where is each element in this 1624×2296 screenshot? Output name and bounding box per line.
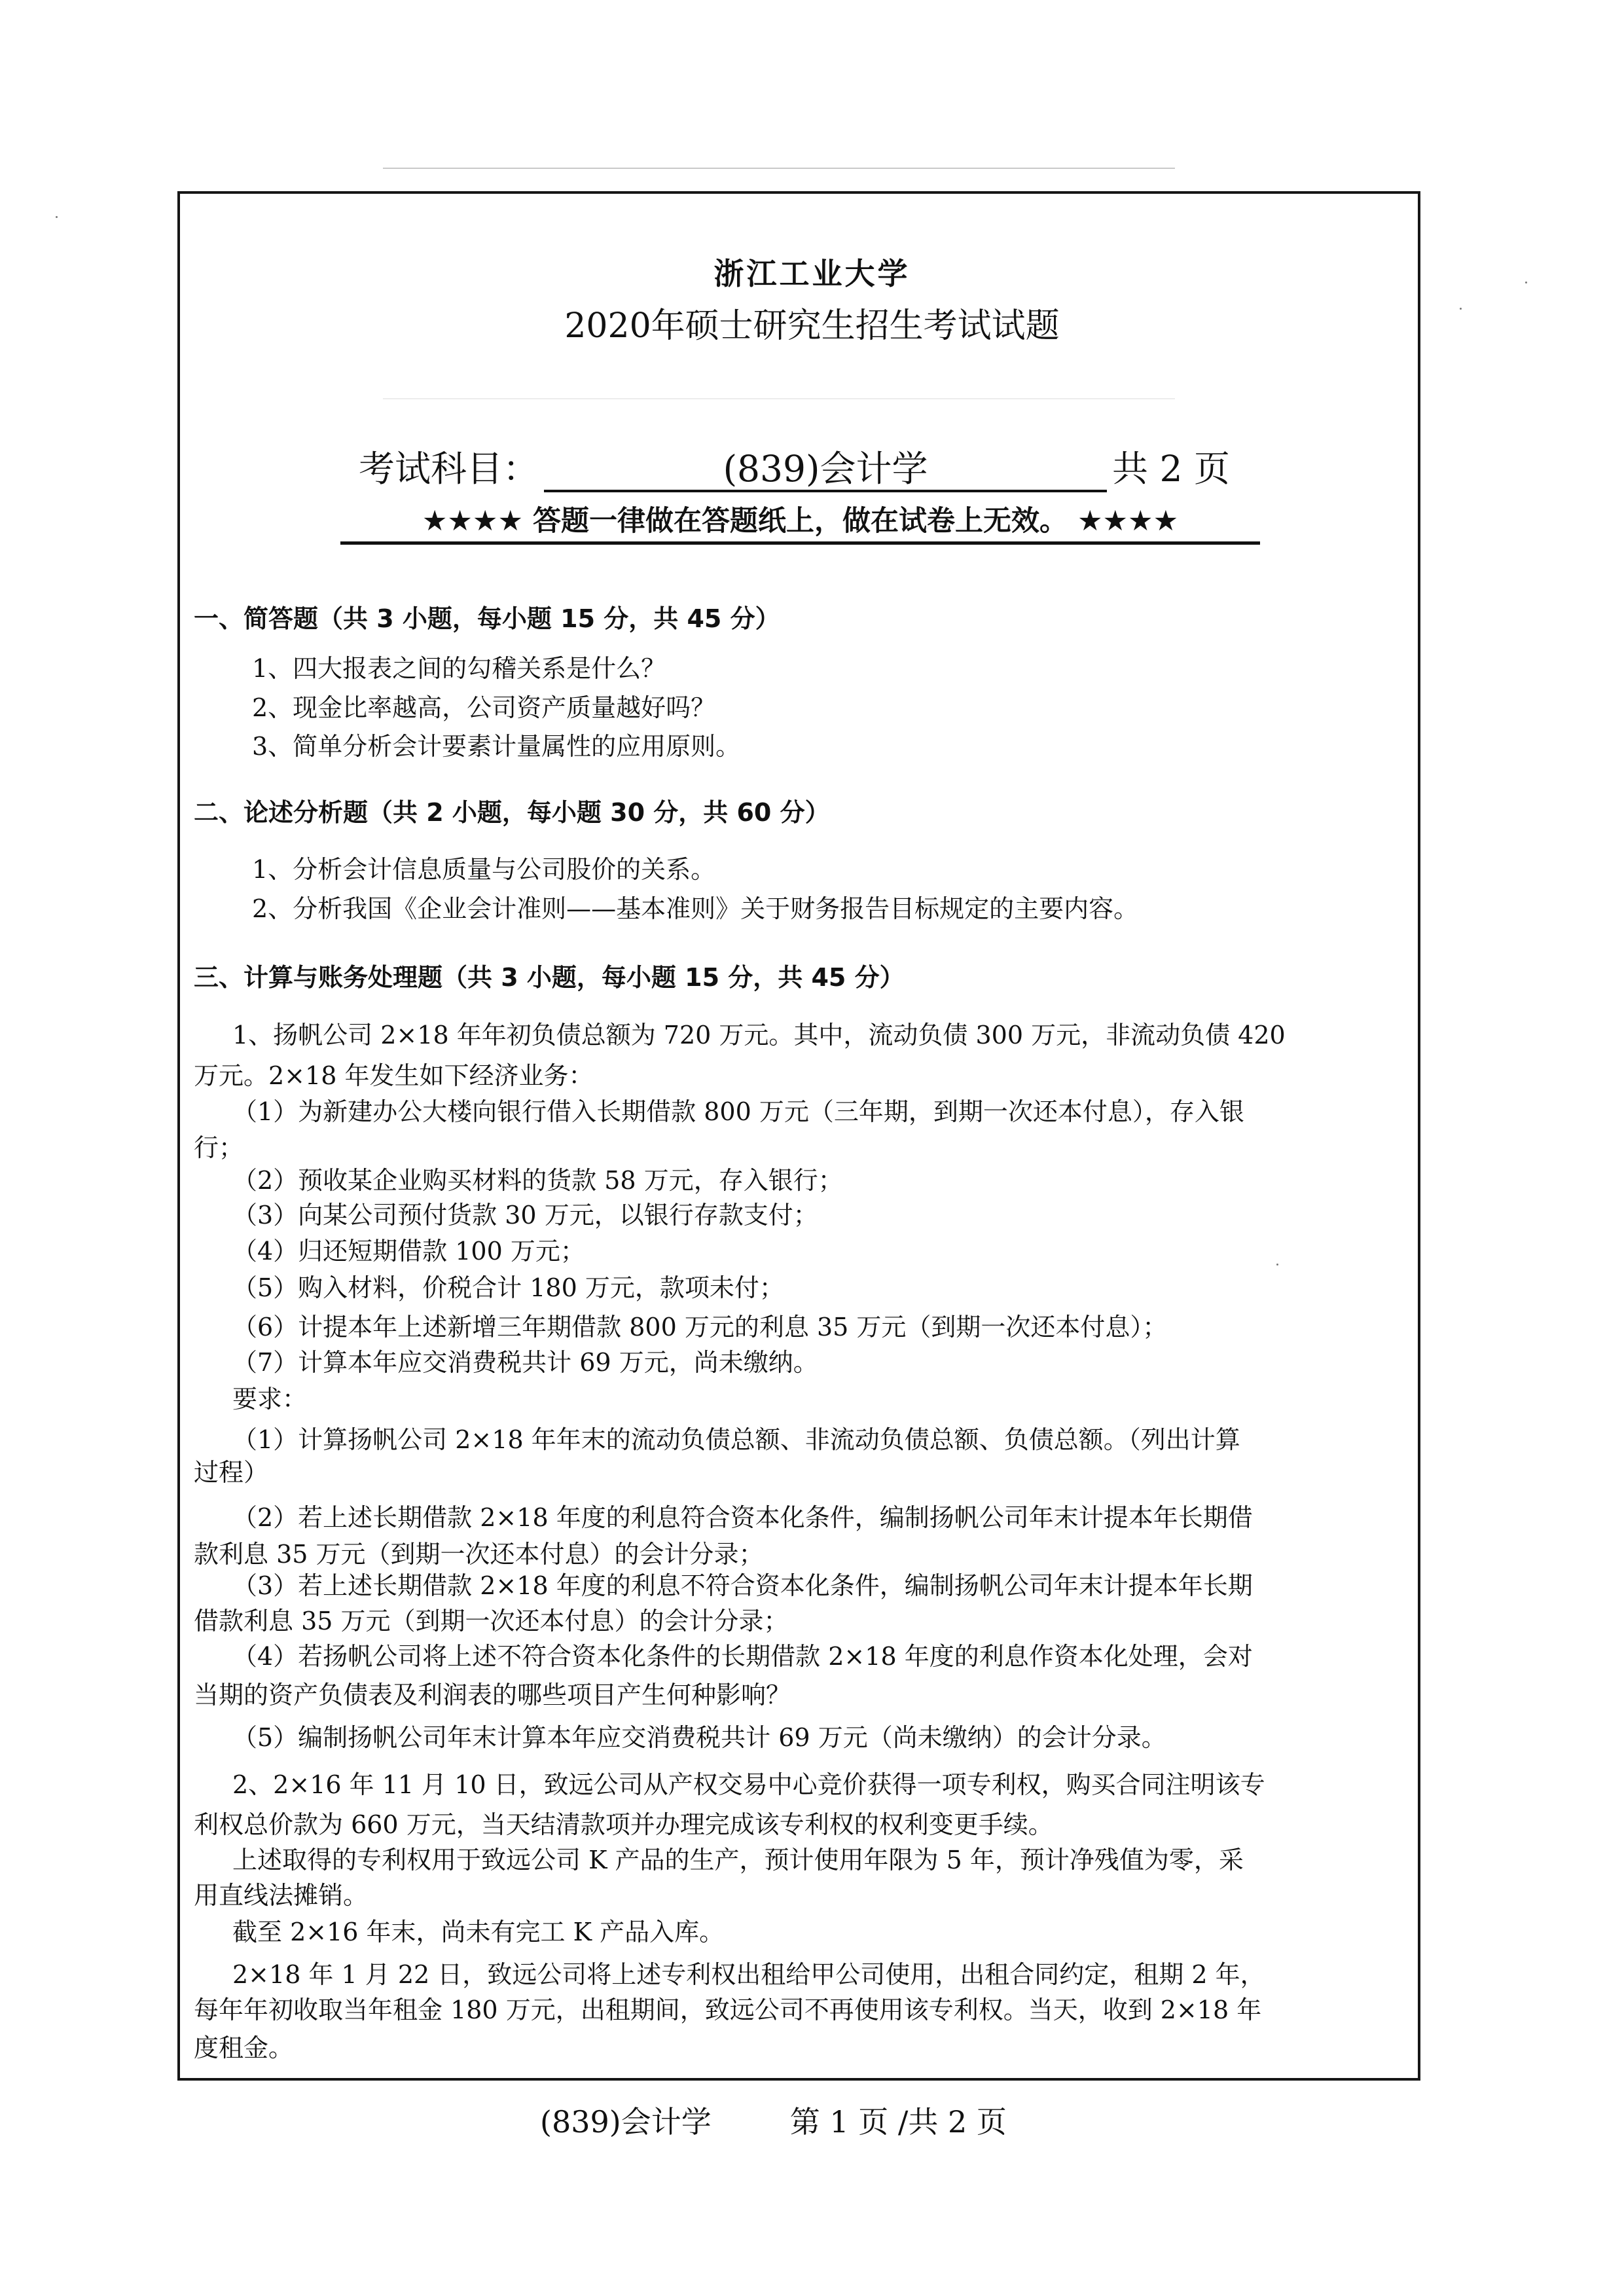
- question-line: 行；: [194, 1127, 244, 1163]
- university-name: 浙江工业大学: [0, 250, 1624, 293]
- question-line: 1、扬帆公司 2×18 年年初负债总额为 720 万元。其中，流动负债 300 …: [232, 1015, 1286, 1051]
- question-line: （1）计算扬帆公司 2×18 年年末的流动负债总额、非流动负债总额、负债总额。（…: [232, 1419, 1240, 1455]
- question-item: 2、分析我国《企业会计准则——基本准则》关于财务报告目标规定的主要内容。: [252, 888, 1138, 924]
- section-1-heading: 一、简答题（共 3 小题，每小题 15 分，共 45 分）: [194, 598, 780, 634]
- question-line: （6）计提本年上述新增三年期借款 800 万元的利息 35 万元（到期一次还本付…: [232, 1307, 1167, 1343]
- question-line: 款利息 35 万元（到期一次还本付息）的会计分录；: [194, 1534, 764, 1570]
- question-line: 过程）: [194, 1452, 268, 1488]
- question-line: （3）若上述长期借款 2×18 年度的利息不符合资本化条件，编制扬帆公司年末计提…: [232, 1565, 1253, 1601]
- question-item: 1、分析会计信息质量与公司股价的关系。: [252, 849, 715, 885]
- section-2-heading: 二、论述分析题（共 2 小题，每小题 30 分，共 60 分）: [194, 792, 830, 828]
- question-line: 2、2×16 年 11 月 10 日，致远公司从产权交易中心竞价获得一项专利权，…: [232, 1764, 1265, 1800]
- page-footer: (839)会计学第 1 页 /共 2 页: [540, 2098, 1085, 2141]
- question-line: （7）计算本年应交消费税共计 69 万元，尚未缴纳。: [232, 1342, 818, 1378]
- question-line: 度租金。: [194, 2028, 293, 2064]
- total-pages: 共 2 页: [1112, 440, 1230, 492]
- scan-speck: [1525, 282, 1527, 283]
- question-line: 借款利息 35 万元（到期一次还本付息）的会计分录；: [194, 1601, 789, 1637]
- footer-page-info: 第 1 页 /共 2 页: [790, 2104, 1007, 2140]
- question-item: 2、现金比率越高，公司资产质量越好吗？: [252, 687, 715, 723]
- subject-value: (839)会计学: [544, 448, 1107, 492]
- question-line: 要求：: [232, 1379, 307, 1415]
- question-line: （2）预收某企业购买材料的货款 58 万元，存入银行；: [232, 1160, 843, 1196]
- question-line: 万元。2×18 年发生如下经济业务：: [194, 1055, 593, 1091]
- subject-row: 考试科目：(839)会计学共 2 页: [359, 440, 1230, 492]
- question-item: 1、四大报表之间的勾稽关系是什么？: [252, 648, 666, 684]
- answer-notice: ★★★★ 答题一律做在答题纸上，做在试卷上无效。 ★★★★: [340, 499, 1260, 545]
- question-line: （1）为新建办公大楼向银行借入长期借款 800 万元（三年期，到期一次还本付息）…: [232, 1091, 1244, 1127]
- scan-speck: [1276, 1264, 1278, 1266]
- question-line: （2）若上述长期借款 2×18 年度的利息符合资本化条件，编制扬帆公司年末计提本…: [232, 1497, 1253, 1533]
- question-item: 3、简单分析会计要素计量属性的应用原则。: [252, 726, 740, 762]
- question-line: 截至 2×16 年末，尚未有完工 K 产品入库。: [232, 1912, 724, 1948]
- question-line: （3）向某公司预付货款 30 万元，以银行存款支付；: [232, 1195, 818, 1231]
- question-line: 上述取得的专利权用于致远公司 K 产品的生产，预计使用年限为 5 年，预计净残值…: [232, 1840, 1244, 1876]
- question-line: 利权总价款为 660 万元，当天结清款项并办理完成该专利权的权利变更手续。: [194, 1804, 1053, 1840]
- footer-subject: (839)会计学: [540, 2104, 712, 2140]
- question-line: （5）购入材料，价税合计 180 万元，款项未付；: [232, 1267, 784, 1303]
- question-line: 每年年初收取当年租金 180 万元，出租期间，致远公司不再使用该专利权。当天，收…: [194, 1990, 1261, 2026]
- question-line: （4）若扬帆公司将上述不符合资本化条件的长期借款 2×18 年度的利息作资本化处…: [232, 1636, 1253, 1672]
- question-line: 2×18 年 1 月 22 日，致远公司将上述专利权出租给甲公司使用，出租合同约…: [232, 1954, 1265, 1990]
- scan-speck: [1460, 308, 1462, 310]
- subject-label: 考试科目：: [359, 440, 539, 492]
- question-line: （5）编制扬帆公司年末计算本年应交消费税共计 69 万元（尚未缴纳）的会计分录。: [232, 1717, 1166, 1753]
- scan-speck: [56, 216, 58, 218]
- exam-title: 2020年硕士研究生招生考试试题: [0, 298, 1624, 347]
- section-3-heading: 三、计算与账务处理题（共 3 小题，每小题 15 分，共 45 分）: [194, 957, 905, 993]
- question-line: （4）归还短期借款 100 万元；: [232, 1231, 585, 1267]
- question-line: 用直线法摊销。: [194, 1875, 368, 1911]
- question-line: 当期的资产负债表及利润表的哪些项目产生何种影响？: [194, 1675, 791, 1711]
